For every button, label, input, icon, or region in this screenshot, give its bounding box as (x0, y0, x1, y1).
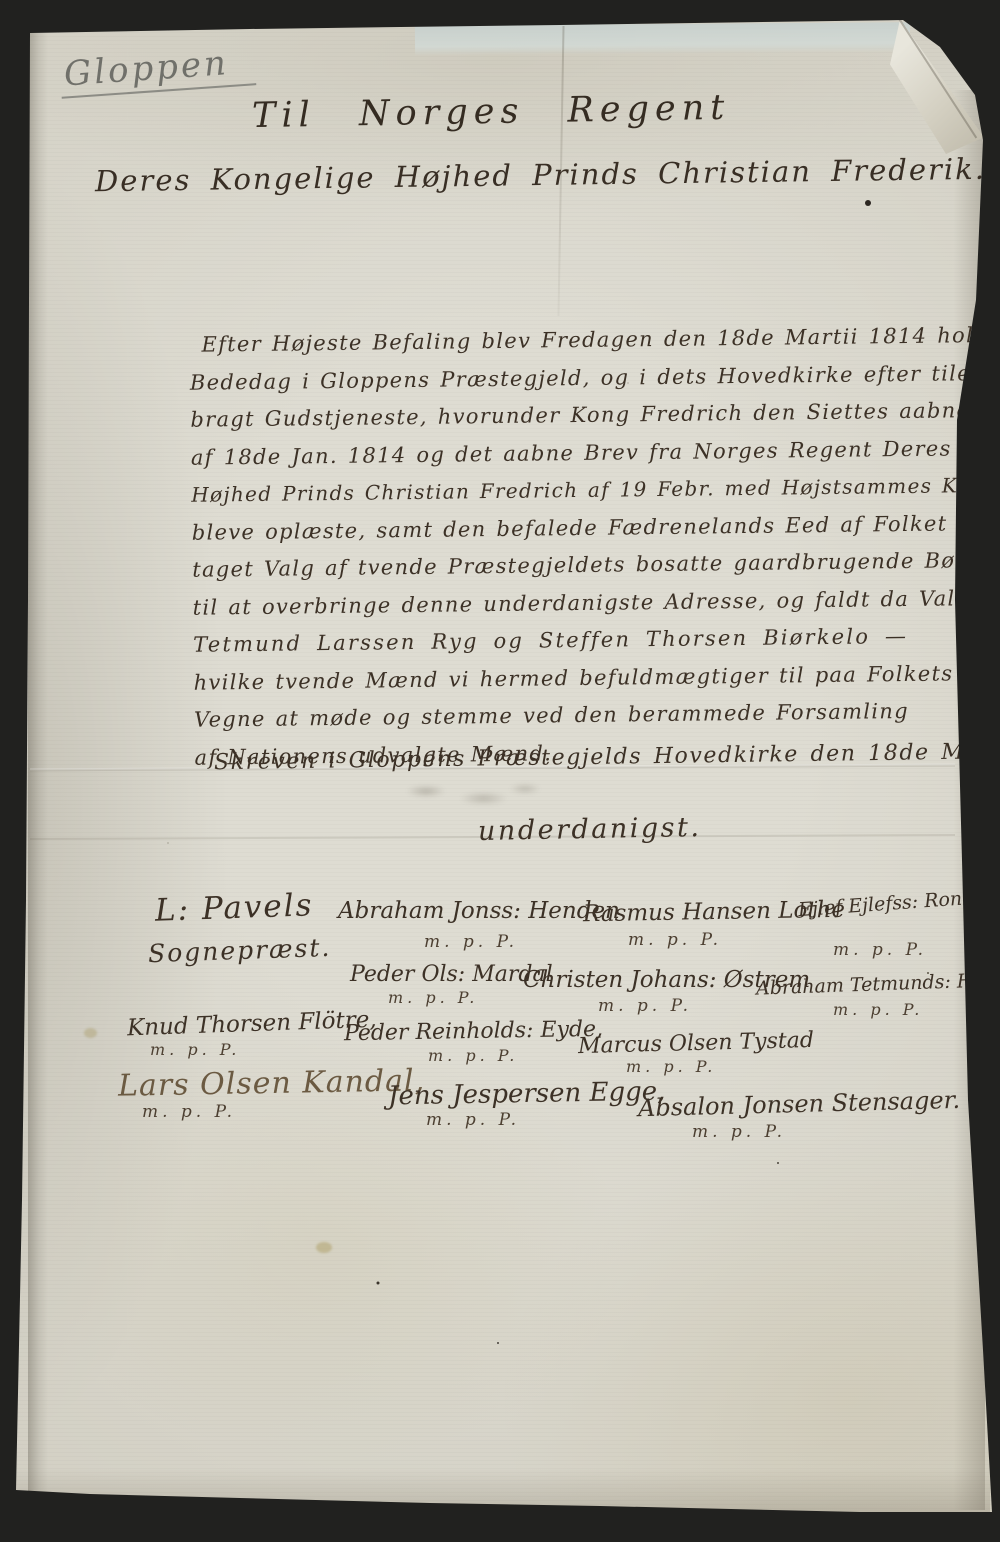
ink-speck (865, 200, 871, 206)
signature-mark: m. p. P. (833, 940, 927, 960)
signature-mark: m. p. P. (628, 930, 722, 950)
signature-mark: m. p. P. (388, 988, 478, 1007)
signature-mark: m. p. P. (833, 1000, 923, 1019)
manuscript-page: Gloppen Til Norges Regent Deres Kongelig… (0, 0, 1000, 1542)
signature-mark: m. p. P. (626, 1057, 716, 1076)
ink-showthrough-smudge (372, 772, 552, 820)
blue-deckle-edge (415, 22, 910, 55)
signature-eyde: Peder Reinholds: Eyde, (344, 1017, 603, 1047)
left-edge-shadow (28, 30, 48, 1495)
right-edge-shadow (940, 90, 985, 1510)
closing-salutation: underdanigst. (478, 812, 702, 847)
signature-mark: m. p. P. (142, 1102, 236, 1122)
signature-mark: m. p. P. (692, 1122, 786, 1142)
signature-mark: m. p. P. (426, 1110, 520, 1130)
stain (84, 1028, 97, 1038)
signature-mark: m. p. P. (598, 996, 692, 1016)
signature-mark: m. p. P. (428, 1046, 518, 1065)
signature-henden: Abraham Jonss: Henden (338, 898, 620, 924)
addressee-line-1: Til Norges Regent (252, 88, 731, 136)
signature-egge: Jens Jespersen Egge, (388, 1077, 666, 1112)
signature-mark: m. p. P. (424, 932, 518, 952)
letter-body: Efter Højeste Befaling blev Fredagen den… (189, 317, 964, 776)
stain (316, 1242, 332, 1253)
bottom-edge-shadow (10, 1468, 990, 1514)
signature-pavels: L: Pavels (154, 887, 314, 929)
signature-mark: m. p. P. (150, 1040, 240, 1059)
signature-kandal: Lars Olsen Kandal, (118, 1063, 426, 1103)
